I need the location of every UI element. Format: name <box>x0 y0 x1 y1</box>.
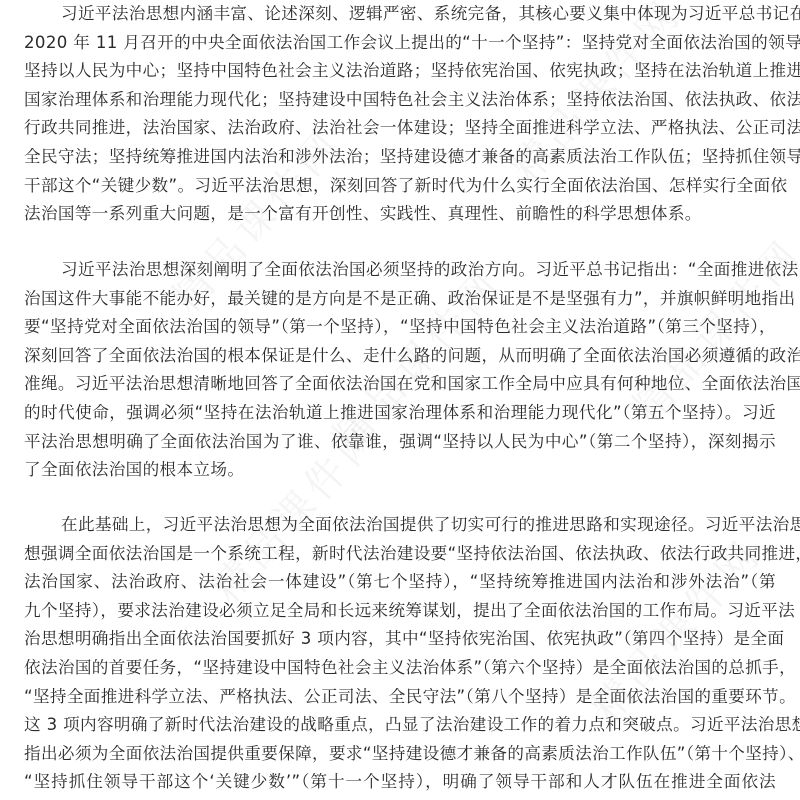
text-line: 法治国家、法治政府、法治社会一体建设”（第七个坚持），“坚持统筹推进国内法治和涉… <box>24 568 776 596</box>
text-line: 法治国等一系列重大问题，是一个富有开创性、实践性、真理性、前瞻性的科学思想体系。 <box>24 200 776 228</box>
text-line: 这 3 项内容明确了新时代法治建设的战略重点，凸显了法治建设工作的着力点和突破点… <box>24 711 776 739</box>
text-line: 坚持以人民为中心；坚持中国特色社会主义法治道路；坚持依宪治国、依宪执政；坚持在法… <box>24 57 776 85</box>
text-line: 的时代使命，强调必须“坚持在法治轨道上推进国家治理体系和治理能力现代化”（第五个… <box>24 399 776 427</box>
text-line: 全民守法；坚持统筹推进国内法治和涉外法治；坚持建设德才兼备的高素质法治工作队伍；… <box>24 143 776 171</box>
text-line: 习近平法治思想深刻阐明了全面依法治国必须坚持的政治方向。习近平总书记指出：“全面… <box>61 256 776 284</box>
text-line: 在此基础上，习近平法治思想为全面依法治国提供了切实可行的推进思路和实现途径。习近… <box>61 511 776 539</box>
text-line: 要“坚持党对全面依法治国的领导”（第一个坚持），“坚持中国特色社会主义法治道路”… <box>24 313 776 341</box>
text-line: 指出必须为全面依法治国提供重要保障，要求“坚持建设德才兼备的高素质法治工作队伍”… <box>24 740 776 768</box>
text-line: 习近平法治思想内涵丰富、论述深刻、逻辑严密、系统完备，其核心要义集中体现为习近平… <box>61 0 776 28</box>
text-line: 治思想明确指出全面依法治国要抓好 3 项内容，其中“坚持依宪治国、依宪执政”（第… <box>24 625 776 653</box>
text-line: 九个坚持），要求法治建设必须立足全局和长远来统筹谋划，提出了全面依法治国的工作布… <box>24 597 776 625</box>
text-line: 依法治国的首要任务，“坚持建设中国特色社会主义法治体系”（第六个坚持）是全面依法… <box>24 654 776 682</box>
text-line: 2020 年 11 月召开的中央全面依法治国工作会议上提出的“十一个坚持”：坚持… <box>24 29 776 57</box>
text-line: 想强调全面依法治国是一个系统工程，新时代法治建设要“坚持依法治国、依法执政、依法… <box>24 540 776 568</box>
text-line: 国家治理体系和治理能力现代化；坚持建设中国特色社会主义法治体系；坚持依法治国、依… <box>24 86 776 114</box>
text-line: 平法治思想明确了全面依法治国为了谁、依靠谁，强调“坚持以人民为中心”（第二个坚持… <box>24 428 776 456</box>
text-line: 干部这个“关键少数”。习近平法治思想，深刻回答了新时代为什么实行全面依法治国、怎… <box>24 172 776 200</box>
text-line: 深刻回答了全面依法治国的根本保证是什么、走什么路的问题，从而明确了全面依法治国必… <box>24 342 776 370</box>
text-line: 治国这件大事能不能办好，最关键的是方向是不是正确、政治保证是不是坚强有力”，并旗… <box>24 285 776 313</box>
text-line: 准绳。习近平法治思想清晰地回答了全面依法治国在党和国家工作全局中应具有何种地位、… <box>24 370 776 398</box>
text-line: 行政共同推进，法治国家、法治政府、法治社会一体建设；坚持全面推进科学立法、严格执… <box>24 114 776 142</box>
text-line: “坚持全面推进科学立法、严格执法、公正司法、全民守法”（第八个坚持）是全面依法治… <box>24 683 776 711</box>
text-line: “坚持抓住领导干部这个‘关键少数’”（第十一个坚持），明确了领导干部和人才队伍在… <box>24 768 776 796</box>
document-page: 精品课件网 精品课件网 精品课件网 精品课件网 精品课件网 精品课件网 习近平法… <box>0 0 800 800</box>
text-line: 了全面依法治国的根本立场。 <box>24 456 776 484</box>
